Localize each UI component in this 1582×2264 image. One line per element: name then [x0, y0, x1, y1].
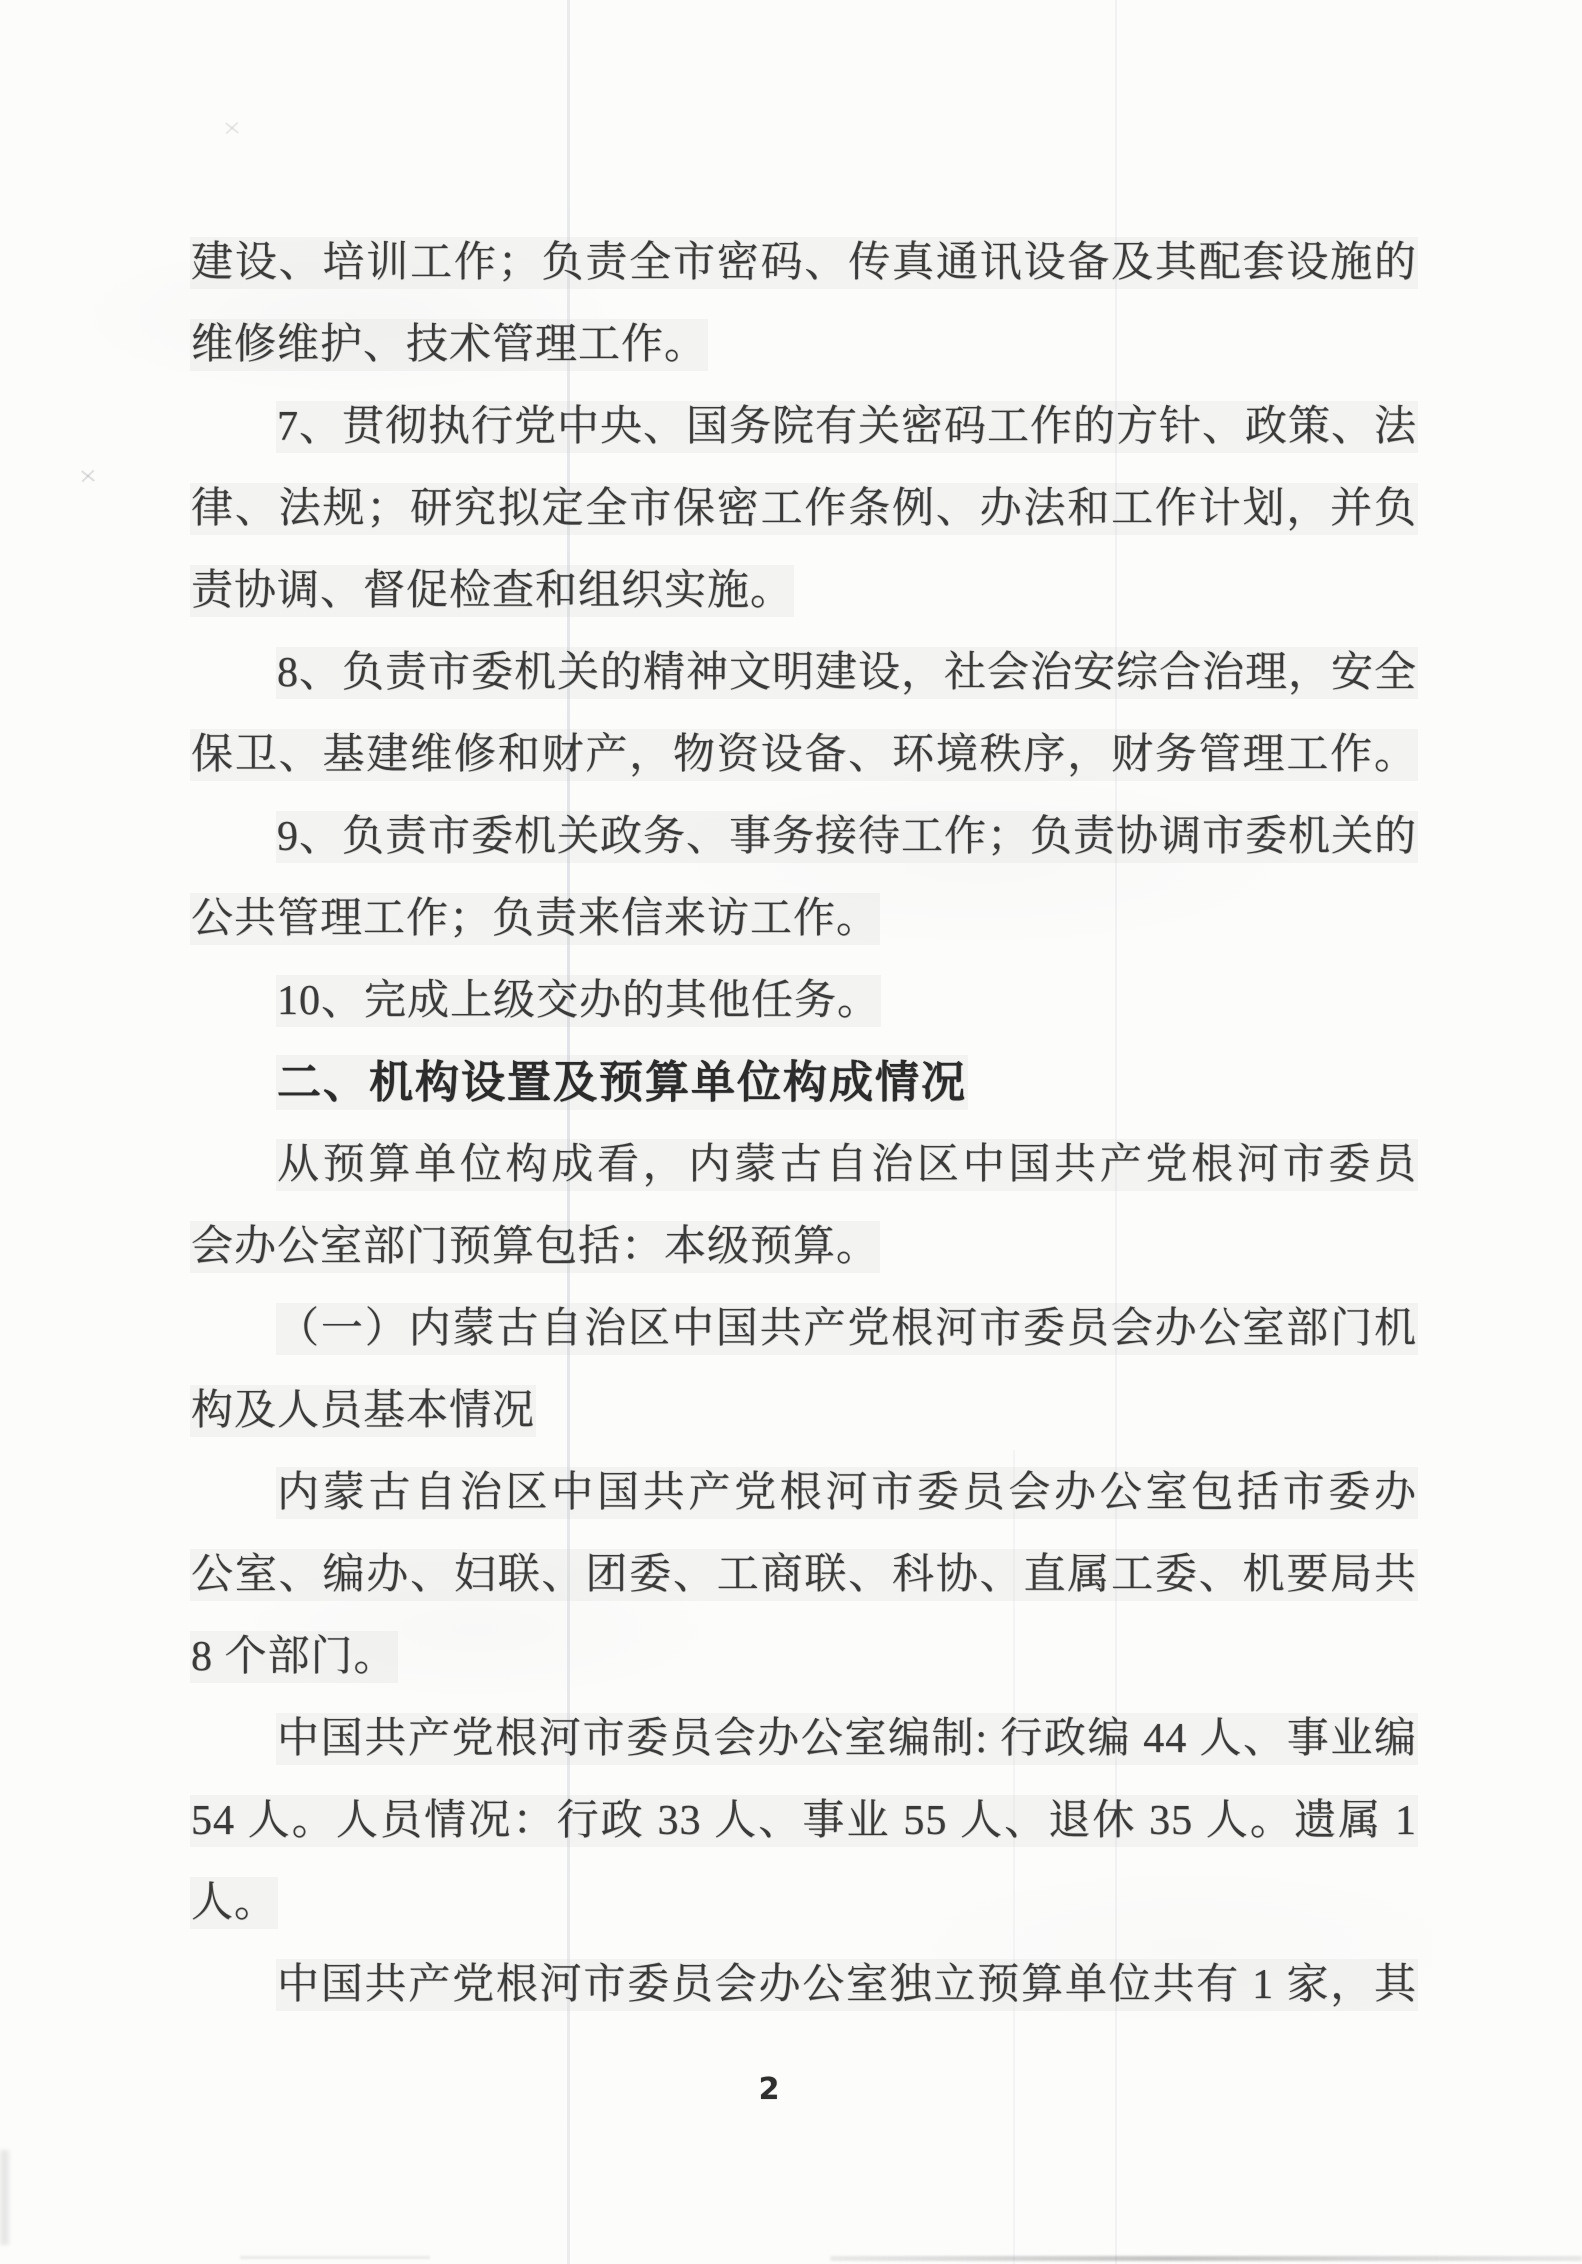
- page-number: 2: [0, 2072, 1560, 2107]
- body-text-line: 从预算单位构成看，内蒙古自治区中国共产党根河市委员: [190, 1124, 1418, 1206]
- body-text-line: 7、贯彻执行党中央、国务院有关密码工作的方针、政策、法: [190, 386, 1418, 468]
- line-text: 人。: [190, 1877, 278, 1929]
- line-text: 从预算单位构成看，内蒙古自治区中国共产党根河市委员: [276, 1139, 1418, 1191]
- line-text: 8 个部门。: [190, 1631, 398, 1683]
- line-text: 内蒙古自治区中国共产党根河市委员会办公室包括市委办: [276, 1467, 1418, 1519]
- line-text: 建设、培训工作；负责全市密码、传真通讯设备及其配套设施的: [190, 237, 1418, 289]
- body-text-line: 内蒙古自治区中国共产党根河市委员会办公室包括市委办: [190, 1452, 1418, 1534]
- line-text: 54 人。人员情况：行政 33 人、事业 55 人、退休 35 人。遗属 1: [190, 1795, 1418, 1847]
- body-text-line: 8 个部门。: [190, 1616, 1418, 1698]
- body-text-line: 公室、编办、妇联、团委、工商联、科协、直属工委、机要局共: [190, 1534, 1418, 1616]
- line-text: 维修维护、技术管理工作。: [190, 319, 708, 371]
- line-text: 责协调、督促检查和组织实施。: [190, 565, 794, 617]
- line-text: 8、负责市委机关的精神文明建设，社会治安综合治理，安全: [276, 647, 1418, 699]
- scanned-document-page: 建设、培训工作；负责全市密码、传真通讯设备及其配套设施的维修维护、技术管理工作。…: [0, 0, 1582, 2264]
- body-text-line: 10、完成上级交办的其他任务。: [190, 960, 1418, 1042]
- line-text: 保卫、基建维修和财产，物资设备、环境秩序，财务管理工作。: [190, 729, 1418, 781]
- body-text-line: 中国共产党根河市委员会办公室独立预算单位共有 1 家，其: [190, 1944, 1418, 2026]
- body-text-line: 责协调、督促检查和组织实施。: [190, 550, 1418, 632]
- line-text: 会办公室部门预算包括：本级预算。: [190, 1221, 880, 1273]
- line-text: 公室、编办、妇联、团委、工商联、科协、直属工委、机要局共: [190, 1549, 1418, 1601]
- body-text-line: 会办公室部门预算包括：本级预算。: [190, 1206, 1418, 1288]
- body-text-line: （一）内蒙古自治区中国共产党根河市委员会办公室部门机: [190, 1288, 1418, 1370]
- body-text-line: 公共管理工作；负责来信来访工作。: [190, 878, 1418, 960]
- line-text: 构及人员基本情况: [190, 1385, 536, 1437]
- line-text: （一）内蒙古自治区中国共产党根河市委员会办公室部门机: [276, 1303, 1418, 1355]
- body-text-line: 中国共产党根河市委员会办公室编制: 行政编 44 人、事业编: [190, 1698, 1418, 1780]
- line-text: 10、完成上级交办的其他任务。: [276, 975, 881, 1027]
- body-text-line: 人。: [190, 1862, 1418, 1944]
- body-text-line: 54 人。人员情况：行政 33 人、事业 55 人、退休 35 人。遗属 1: [190, 1780, 1418, 1862]
- body-text-line: 律、法规；研究拟定全市保密工作条例、办法和工作计划，并负: [190, 468, 1418, 550]
- line-text: 7、贯彻执行党中央、国务院有关密码工作的方针、政策、法: [276, 401, 1418, 453]
- body-text-line: 9、负责市委机关政务、事务接待工作；负责协调市委机关的: [190, 796, 1418, 878]
- scan-smudge-artifact: [0, 2150, 9, 2245]
- line-text: 中国共产党根河市委员会办公室编制: 行政编 44 人、事业编: [276, 1713, 1418, 1765]
- line-text: 公共管理工作；负责来信来访工作。: [190, 893, 880, 945]
- scan-speck-artifact: [224, 120, 240, 136]
- body-text-line: 维修维护、技术管理工作。: [190, 304, 1418, 386]
- line-text: 二、机构设置及预算单位构成情况: [276, 1055, 968, 1110]
- scan-streak-artifact: [830, 2256, 1582, 2261]
- body-text-line: 构及人员基本情况: [190, 1370, 1418, 1452]
- line-text: 中国共产党根河市委员会办公室独立预算单位共有 1 家，其: [276, 1959, 1418, 2011]
- line-text: 律、法规；研究拟定全市保密工作条例、办法和工作计划，并负: [190, 483, 1418, 535]
- scan-speck-artifact: [80, 468, 96, 484]
- body-text-line: 保卫、基建维修和财产，物资设备、环境秩序，财务管理工作。: [190, 714, 1418, 796]
- section-heading: 二、机构设置及预算单位构成情况: [190, 1042, 1418, 1124]
- body-text-line: 建设、培训工作；负责全市密码、传真通讯设备及其配套设施的: [190, 222, 1418, 304]
- scan-streak-artifact: [240, 2256, 430, 2259]
- document-body-text: 建设、培训工作；负责全市密码、传真通讯设备及其配套设施的维修维护、技术管理工作。…: [190, 222, 1418, 2026]
- body-text-line: 8、负责市委机关的精神文明建设，社会治安综合治理，安全: [190, 632, 1418, 714]
- line-text: 9、负责市委机关政务、事务接待工作；负责协调市委机关的: [276, 811, 1418, 863]
